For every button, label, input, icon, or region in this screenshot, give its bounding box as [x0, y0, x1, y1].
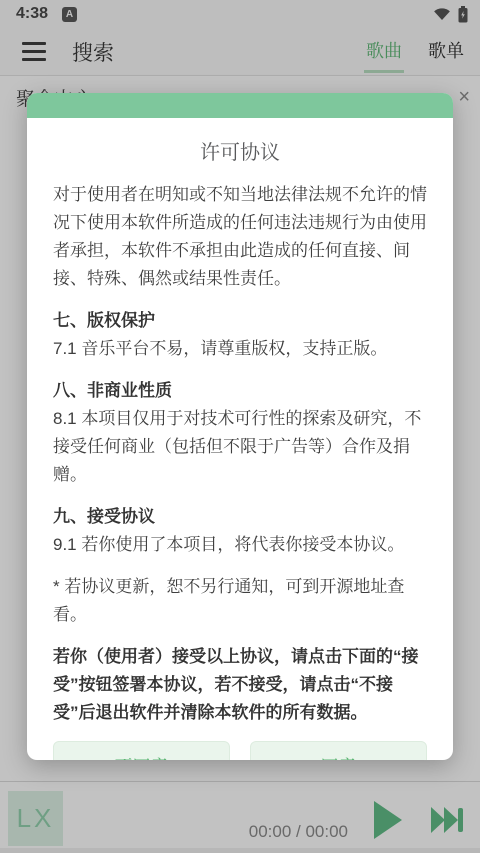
- license-update-note: * 若协议更新，恕不另行通知，可到开源地址查看。: [53, 573, 427, 629]
- dialog-button-row: 不同意 同意: [53, 741, 427, 760]
- agree-button[interactable]: 同意: [250, 741, 427, 760]
- section-heading: 八、非商业性质: [53, 377, 427, 405]
- license-section-noncommercial: 八、非商业性质 8.1 本项目仅用于对技术可行性的探索及研究，不接受任何商业（包…: [53, 377, 427, 489]
- dialog-header-strip: [27, 93, 453, 118]
- section-heading: 七、版权保护: [53, 307, 427, 335]
- screen: 4:38 A 搜索 歌曲 歌单 聚合中心 ×: [0, 0, 480, 853]
- license-dialog: 许可协议 对于使用者在明知或不知当地法律法规不允许的情况下使用本软件所造成的任何…: [27, 93, 453, 760]
- section-body: 7.1 音乐平台不易，请尊重版权，支持正版。: [53, 335, 427, 363]
- section-body: 9.1 若你使用了本项目，将代表你接受本协议。: [53, 531, 427, 559]
- license-section-acceptance: 九、接受协议 9.1 若你使用了本项目，将代表你接受本协议。: [53, 503, 427, 559]
- license-intro: 对于使用者在明知或不知当地法律法规不允许的情况下使用本软件所造成的任何违法违规行…: [53, 181, 427, 293]
- section-heading: 九、接受协议: [53, 503, 427, 531]
- disagree-button[interactable]: 不同意: [53, 741, 230, 760]
- dialog-body: 许可协议 对于使用者在明知或不知当地法律法规不允许的情况下使用本软件所造成的任何…: [27, 118, 453, 760]
- section-body: 8.1 本项目仅用于对技术可行性的探索及研究，不接受任何商业（包括但不限于广告等…: [53, 405, 427, 489]
- license-footer: 若你（使用者）接受以上协议，请点击下面的“接受”按钮签署本协议，若不接受，请点击…: [53, 643, 427, 727]
- license-section-copyright: 七、版权保护 7.1 音乐平台不易，请尊重版权，支持正版。: [53, 307, 427, 363]
- dialog-title: 许可协议: [53, 136, 427, 165]
